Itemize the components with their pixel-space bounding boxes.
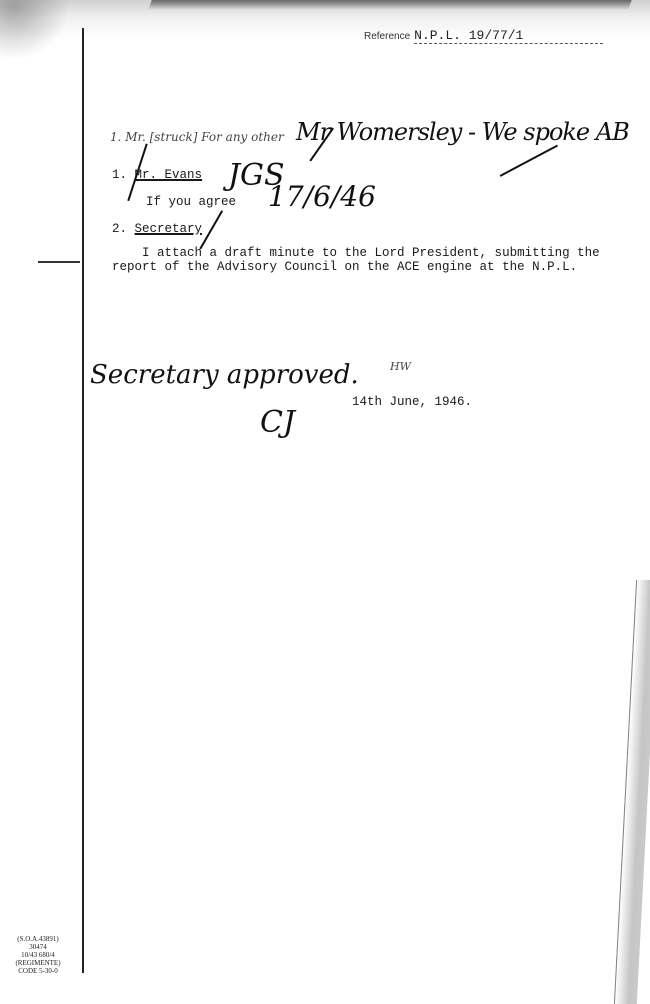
typed-date: 14th June, 1946. — [352, 395, 472, 409]
reference-field: Reference N.P.L. 19/77/1 — [364, 28, 603, 44]
form-code-line: 10/43 680/4 — [8, 951, 68, 959]
reference-value: N.P.L. 19/77/1 — [414, 28, 603, 44]
form-code-line: CODE 5-30-0 — [8, 967, 68, 975]
form-code-line: (S.O.A.43891) 30474 — [8, 935, 68, 951]
item-number: 1. — [112, 168, 127, 182]
form-code: (S.O.A.43891) 30474 10/43 680/4 (REGIMEN… — [8, 935, 68, 975]
body-line: I attach a draft minute to the Lord Pres… — [112, 246, 600, 260]
handwritten-approval: Secretary approved. — [90, 360, 359, 390]
handwritten-small-initials: HW — [390, 360, 411, 373]
minute-body: I attach a draft minute to the Lord Pres… — [112, 246, 600, 274]
item-recipient: Secretary — [135, 222, 203, 236]
handwritten-approval-initial: CJ — [260, 405, 295, 440]
paper-right-edge — [614, 580, 650, 1004]
minute-item-2: 2. Secretary — [112, 222, 202, 236]
margin-rule — [82, 28, 84, 973]
item-1-note: If you agree — [146, 195, 236, 209]
minute-item-1: 1. Mr. Evans — [112, 168, 202, 182]
handwritten-date: 17/6/46 — [268, 180, 376, 213]
paper-torn-edge — [148, 0, 632, 10]
item-recipient: Mr. Evans — [135, 168, 203, 182]
body-line: report of the Advisory Council on the AC… — [112, 260, 600, 274]
pen-stroke — [199, 210, 222, 249]
margin-fold-mark — [38, 261, 80, 263]
handwritten-routing-note: 1. Mr. [struck] For any other — [110, 130, 284, 144]
form-code-line: (REGIMENTE) — [8, 959, 68, 967]
pen-stroke — [500, 145, 558, 177]
handwritten-names: Mr Womersley - We spoke AB — [296, 118, 629, 146]
reference-label: Reference — [364, 31, 410, 42]
item-number: 2. — [112, 222, 127, 236]
scan-noise-corner — [0, 0, 70, 60]
